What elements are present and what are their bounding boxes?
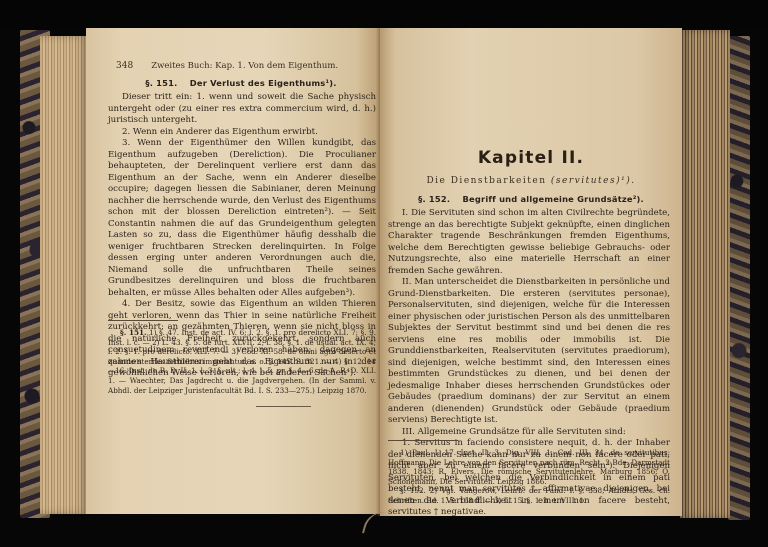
chapter-subtitle: Die Dienstbarkeiten (servitutes)¹). [380,176,682,186]
chapter-subtitle-text: Die Dienstbarkeiten [426,176,546,186]
chapter-subtitle-latin: (servitutes)¹). [551,176,636,186]
section-heading-151: §. 151. Der Verlust des Eigenthums¹). [106,78,376,88]
separator-rule [256,406,311,407]
paragraph: 3. Wenn der Eigenthümer den Willen kundg… [108,138,376,299]
running-head-title: Zweites Buch: Kap. 1. Von dem Eigenthum. [151,61,338,71]
chapter-title: Kapitel II. [380,148,682,168]
footnote-rule [388,440,458,441]
paragraph: 2. Wenn ein Anderer das Eigenthum erwirb… [108,127,376,139]
footnote-label: §. 151. [120,328,147,337]
page-edges-left [40,36,88,514]
footnote: §. 152. 2) Vgl. Vangerow, Lehrb. der Pan… [388,486,670,505]
footnotes: §. 151. 1) §. 47. Inst. de act. IV. 6; l… [108,328,376,395]
section-number: §. 151. [145,78,177,88]
footnote-rule [108,320,178,321]
page-edges-right [680,30,730,518]
section-heading-152: §. 152. Begriff und allgemeine Grundsätz… [390,194,672,204]
section-number: §. 152. [418,194,450,204]
running-head: 348 Zweites Buch: Kap. 1. Von dem Eigent… [116,61,380,71]
page-number: 348 [116,61,133,71]
footnotes: 1) Paul. I. 17. Inst. II. 3. Dig. VIII. … [388,448,670,506]
right-page: Kapitel II. Die Dienstbarkeiten (servitu… [380,28,682,516]
dark-background [0,0,768,30]
paragraph: Dieser tritt ein: 1. wenn und soweit die… [108,92,376,127]
paragraph: III. Allgemeine Grundsätze für alle Serv… [388,427,670,439]
left-page: 348 Zweites Buch: Kap. 1. Von dem Eigent… [86,28,380,514]
marbled-cover-right [728,36,750,520]
footnote-text: 1) §. 47. Inst. de act. IV. 6; l. 2. §. … [108,328,376,395]
open-book-photo: 348 Zweites Buch: Kap. 1. Von dem Eigent… [0,0,768,547]
section-title: Begriff und allgemeine Grundsätze²). [463,194,644,204]
footnote: §. 151. 1) §. 47. Inst. de act. IV. 6; l… [108,328,376,395]
section-title: Der Verlust des Eigenthums¹). [190,78,337,88]
paragraph: II. Man unterscheidet die Dienstbarkeite… [388,277,670,427]
paragraph: I. Die Servituten sind schon im alten Ci… [388,208,670,277]
footnote: 1) Paul. I. 17. Inst. II. 3. Dig. VIII. … [388,448,670,486]
